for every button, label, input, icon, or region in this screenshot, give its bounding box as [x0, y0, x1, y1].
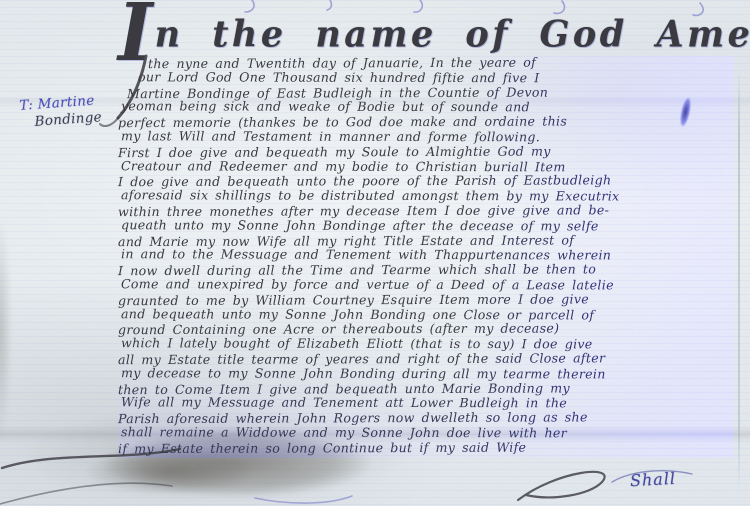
manuscript-line: our Lord God One Thousand six hundred fi…: [138, 70, 734, 86]
margin-annotation: T: Martine Bondinge: [19, 90, 131, 132]
page-fold-line: [738, 70, 740, 490]
drop-cap-initial: I: [118, 4, 153, 62]
manuscript-line: queath unto my Sonne John Bondinge after…: [121, 218, 734, 234]
manuscript-scan: In the name of God Amen T: Martine Bondi…: [0, 0, 750, 506]
catchword: Shall: [630, 469, 677, 490]
document-heading: In the name of God Amen: [118, 6, 730, 60]
manuscript-line: if my Estate therein so long Continue bu…: [118, 440, 734, 457]
edge-stain: [0, 150, 18, 450]
manuscript-line: my decease to my Sonne John Bonding duri…: [121, 366, 734, 382]
manuscript-body: the nyne and Twentith day of Januarie, I…: [118, 56, 734, 458]
